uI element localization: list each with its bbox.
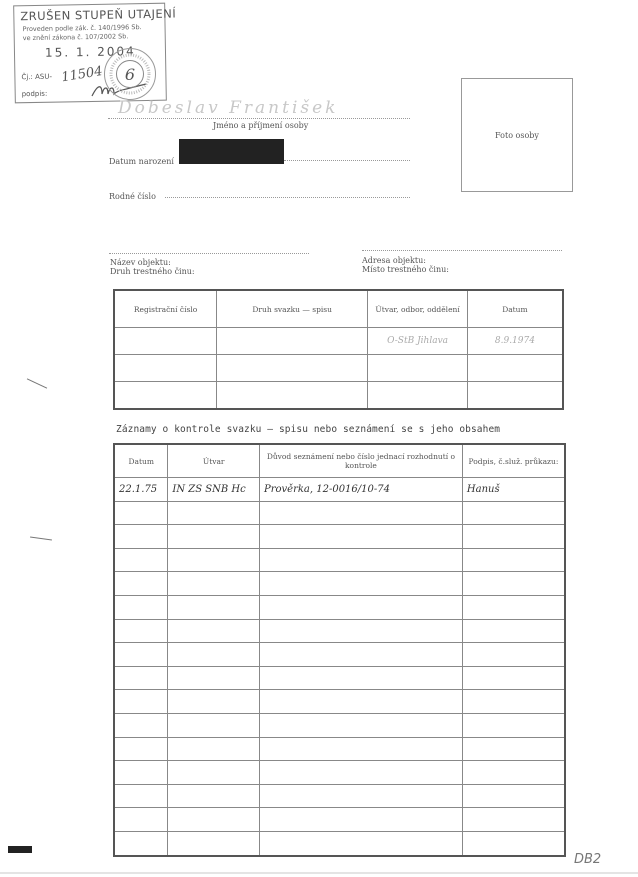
control-cell [114,737,168,761]
table-row [114,501,565,525]
control-header-reason: Důvod seznámení nebo číslo jednací rozho… [259,444,462,478]
registry-cell [114,328,217,355]
table-row [114,690,565,714]
control-cell [462,666,565,690]
table-row [114,666,565,690]
registry-cell: 8.9.1974 [467,328,563,355]
registry-cell [467,355,563,382]
object-name-dotted-line [109,253,309,254]
control-cell [462,525,565,549]
control-cell [168,713,260,737]
control-cell [114,808,168,832]
control-cell [168,548,260,572]
control-cell [259,737,462,761]
control-header-signature: Podpis, č.služ. průkazu: [462,444,565,478]
round-official-stamp: 6 [104,48,156,100]
control-cell [259,619,462,643]
control-cell [168,737,260,761]
table-row [114,525,565,549]
control-cell [259,595,462,619]
crime-place-label: Místo trestného činu: [362,265,449,274]
registry-cell: O-StB Jihlava [368,328,468,355]
control-cell [114,713,168,737]
control-cell [168,784,260,808]
stamp-law-line-2: ve znění zákona č. 107/2002 Sb. [23,32,129,42]
control-cell [462,808,565,832]
object-address-dotted-line [362,250,562,251]
object-name-label: Název objektu: [110,258,171,267]
control-cell [114,831,168,855]
birth-date-redaction [179,139,284,164]
control-cell [114,548,168,572]
control-header-date: Datum [114,444,168,478]
control-cell [114,761,168,785]
object-address-label: Adresa objektu: [362,256,426,265]
page-mark: DB2 [574,852,601,867]
registry-header-date: Datum [467,290,563,328]
registry-cell [217,355,368,382]
control-cell [114,572,168,596]
registry-cell [114,355,217,382]
control-cell [259,572,462,596]
birth-number-label: Rodné číslo [109,192,156,201]
scan-edge-mark [8,846,32,853]
control-cell [462,548,565,572]
control-cell: Hanuš [462,478,565,502]
name-label: Jméno a příjmení osoby [213,121,308,130]
control-cell [259,501,462,525]
stamp-title: ZRUŠEN STUPEŇ UTAJENÍ [20,6,176,23]
table-row [114,548,565,572]
control-cell: Prověrka, 12-0016/10-74 [259,478,462,502]
photo-box: Foto osoby [461,78,573,192]
table-row: O-StB Jihlava 8.9.1974 [114,328,563,355]
stamp-cj-label: Čj.: ASU- [21,73,52,82]
registry-table: Registrační číslo Druh svazku — spisu Út… [113,289,564,410]
table-row [114,572,565,596]
stamp-signature-label: podpis: [22,90,48,98]
table-row [114,761,565,785]
control-cell [462,572,565,596]
control-cell [462,690,565,714]
registry-cell [114,382,217,410]
control-cell [259,761,462,785]
control-cell [462,619,565,643]
control-cell: IN ZS SNB Hc [168,478,260,502]
control-cell [168,690,260,714]
control-cell [462,831,565,855]
table-row [114,737,565,761]
control-cell [462,595,565,619]
table-row [114,595,565,619]
table-row [114,382,563,410]
control-records-table: Datum Útvar Důvod seznámení nebo číslo j… [113,443,566,857]
birth-number-dotted-line [165,197,410,198]
margin-pen-mark [27,378,47,388]
table-row [114,713,565,737]
round-stamp-ring [105,49,155,99]
control-cell [114,690,168,714]
control-cell [114,666,168,690]
person-name-handwritten: Dobeslav František [118,98,338,118]
control-cell [259,690,462,714]
table-row [114,808,565,832]
control-cell [259,784,462,808]
control-cell [114,643,168,667]
registry-cell [368,382,468,410]
control-cell [114,525,168,549]
control-cell [114,501,168,525]
table-row [114,355,563,382]
table-row [114,831,565,855]
control-cell [462,501,565,525]
control-section-title: Záznamy o kontrole svazku — spisu nebo s… [116,424,500,435]
scan-bottom-edge [0,872,638,874]
control-cell [259,831,462,855]
control-cell [114,595,168,619]
registry-cell [217,328,368,355]
control-cell [462,761,565,785]
control-cell [168,619,260,643]
control-cell [168,831,260,855]
control-cell [259,643,462,667]
table-row [114,643,565,667]
name-dotted-line [108,118,410,119]
control-cell [168,572,260,596]
control-cell [259,713,462,737]
table-row [114,784,565,808]
registry-header-type: Druh svazku — spisu [217,290,368,328]
birth-date-dotted-line [284,160,410,161]
photo-label: Foto osoby [462,131,572,140]
margin-pen-mark [30,536,52,540]
control-cell [462,643,565,667]
control-cell [259,808,462,832]
crime-type-label: Druh trestného činu: [110,267,195,276]
control-cell [114,784,168,808]
control-cell [462,713,565,737]
table-row: 22.1.75IN ZS SNB HcPrověrka, 12-0016/10-… [114,478,565,502]
control-cell [168,761,260,785]
registry-header-unit: Útvar, odbor, oddělení [368,290,468,328]
control-cell [168,501,260,525]
control-cell [168,643,260,667]
table-row [114,619,565,643]
registry-cell [217,382,368,410]
control-header-unit: Útvar [168,444,260,478]
control-cell [168,525,260,549]
birth-date-label: Datum narození [109,157,174,166]
control-cell [259,666,462,690]
control-cell [168,666,260,690]
registry-cell [467,382,563,410]
registry-header-number: Registrační číslo [114,290,217,328]
control-cell [259,525,462,549]
control-cell [114,619,168,643]
control-cell [168,808,260,832]
control-cell [168,595,260,619]
control-cell [259,548,462,572]
control-cell: 22.1.75 [114,478,168,502]
control-cell [462,784,565,808]
control-cell [462,737,565,761]
registry-cell [368,355,468,382]
